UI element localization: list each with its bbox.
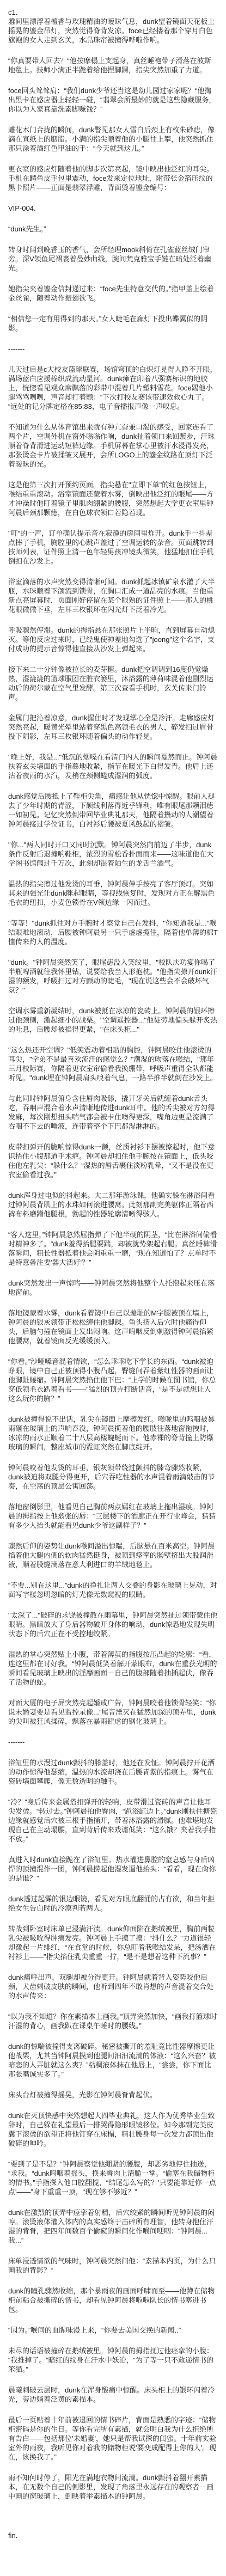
story-paragraph: 钟阿晨咬着他发烫的耳垂，银灰领带绕过颤抖的膝弯骤然收紧，dunk被迫将双腿分得更…: [8, 1463, 218, 1491]
story-paragraph: 对面大厦的电子屏突然亮起婚戒广告，钟阿晨咬着他锁骨轻笑：“你说未婚妻要是看见监控…: [8, 1698, 218, 1726]
story-paragraph: "这么热还开空调？"低笑震动着相贴的胸腔，钟阿晨咬住他滚烫的耳尖，"学弟不是最喜…: [8, 1045, 218, 1082]
story-paragraph: 湿热的掌心突然贴上小腹，带着薄茧的指腹按压凸起的轮廓：“看，连这里都在讨好我。“…: [8, 1650, 218, 1687]
story-paragraph: 落地窗倒影里，他看见自己胸前两点嫣红在玻璃上拖出湿痕。钟阿晨的拇指按上他翕张的唇…: [8, 1502, 218, 1530]
story-paragraph: 几天过后是c大校友篮球联赛，场馆穹顶的白炽灯晃得人睁不开眼，满场蓝白应援棒织成流…: [8, 365, 218, 411]
story-paragraph: 不知道为什么从体育馆出来就有种亢奋兼口渴的感受，回家连看了两个片，空调外机在窗外…: [8, 423, 218, 469]
story-paragraph: dunk的瞳孔骤然收缩，那个暴雨夜的画面呼啸而至——他蹲在储物柜前粘合被撕碎的情…: [8, 2286, 218, 2314]
story-paragraph: 转战到卧室时床单已浸满汗渍。dunk仰面陷在鹅绒被里，胸前两粒乳尖被吸吮得肿痛发…: [8, 1924, 218, 1961]
story-paragraph: dunk被撞得说不出话，乳尖在镜面上摩擦发红。喉咙里的呜咽被暴雨砸在玻璃上的声响…: [8, 1415, 218, 1452]
story-paragraph: 真进入时dunk直接跪在了浴缸里。热水灌进鼻腔的窒息感与身后凶悍的顶撞混作一团，…: [8, 1855, 218, 1883]
story-paragraph: "你..."两人同时开口又同时沉默。钟阿晨突然向前迈了半步，dunk条件反射后退…: [8, 840, 218, 868]
story-paragraph: c1. 雅间里漂浮着檀香与玫瑰精油的暧昧气息，dunk望着镜面天花板上摇晃的鎏金…: [8, 8, 218, 45]
reader-page: c1. 雅间里漂浮着檀香与玫瑰精油的暧昧气息，dunk望着镜面天花板上摇晃的鎏金…: [0, 0, 226, 2576]
story-paragraph: 最后一页贴着十年前被退回的情书碎片，背面是熟悉的字迹：“储物柜密码是你的生日。等…: [8, 2415, 218, 2462]
story-paragraph: “冷？“身后传来金属搭扣弹开的轻响，皮带滑过瓷砖的声音让他耳尖发烫。“转过去。”…: [8, 1797, 218, 1844]
section-divider: -------: [8, 1737, 218, 1747]
story-paragraph: dunk突然发出一声惊喘——钟阿晨突然将他整个人托抱起来压在落地窗前。: [8, 1278, 218, 1297]
story-paragraph: dunk在灭顶快感中突然想起大四毕业典礼，这人作为优秀毕业生致辞时，自己躲在礼堂…: [8, 2111, 218, 2148]
story-paragraph: VIP-004.: [8, 204, 218, 213]
story-paragraph: "晚上好，我是..."低沉的烟嗓在看清门内人的瞬间戛然而止。钟阿晨扶着玄关墙面的…: [8, 752, 218, 780]
story-paragraph: 与此同时钟阿晨俯身含住唇肉吸舔，撬开牙关后就缠着dunk舌头吃，吞咽声混合着水声…: [8, 1094, 218, 1131]
story-paragraph: “你看。”沙哑嗓音混着情欲，“怎么乖乖吃下学长的东西。“dunk被迫睁眼，镜中自…: [8, 1357, 218, 1403]
story-paragraph: fin.: [8, 2512, 218, 2540]
story-paragraph: 金属门把沁着凉意，dunk握住时才发现掌心全是冷汗。走廊感应灯突然亮起，暖黄光晕…: [8, 713, 218, 741]
story-paragraph: 雕花木门合拢的瞬间，dunk瞥见那女人雪白后颈上有枚朱砂痣，像滴在宣纸上的胭脂。…: [8, 125, 218, 153]
story-paragraph: “相信您一定有用得到的那天。”女人睫毛在廊灯下投出蝶翼似的阴影。: [8, 314, 218, 333]
story-paragraph: dunk的惊喘被撞得支离破碎。秘密被撕开的羞耻竟比性器摩擦更让他战栗，尤其当钟阿…: [8, 2042, 218, 2079]
story-paragraph: "dunk。"钟阿晨突然笑了，眼尾痣没入笑纹里，"校队庆功宴你喝了半瓶啤酒就往我…: [8, 958, 218, 995]
story-paragraph: dunk透过起雾的银边眼镜，看见对方眼底翻涌的占有欲，和当年拒绝女生告白时的冷漠…: [8, 1894, 218, 1913]
story-paragraph: 呼吸骤然停滞。dunk的拇指悬在那张照片上半晌，直到屏幕自动熄灭。等他反应过来时…: [8, 626, 218, 653]
story-paragraph: 晨曦刺破云层时，dunk在浑身酸痛中惊醒。床头柜上的银环闪着冷光，旁边躺着泛黄的…: [8, 2385, 218, 2404]
story-text: c1. 雅间里漂浮着檀香与玫瑰精油的暧昧气息，dunk望着镜面天花板上摇晃的鎏金…: [8, 8, 218, 2540]
story-paragraph: 她指尖夹着鎏金信封递过来：“foce先生特意交代的。”指甲盖上绘着金丝雀，随着动…: [8, 284, 218, 303]
story-paragraph: 雨不知何时停了，阳光在满地衣物间流淌。dunk颤抖着翻开素描本，在无数个自己的侧…: [8, 2473, 218, 2501]
story-paragraph: dunk浑身过电似的抖起来。大二那年游泳课，他确实躲在淋浴间看过钟阿晨背肌上的水…: [8, 1191, 218, 1219]
story-paragraph: dunk感觉后腰抵上了鞋柜尖角，痛感让他从恍惚中惊醒。眼前人褪去了少年时期的青涩…: [8, 792, 218, 829]
story-paragraph: dunk痛呼出声，双腿却被分得更开。钟阿晨就着背入姿势咬他后颈，犬齿刺破皮肤的瞬…: [8, 1973, 218, 2000]
story-paragraph: “以为我不知道？你在素描本上画我。”顶弄突然加快，“画我打篮球时汗湿的背心，画我…: [8, 2012, 218, 2030]
story-paragraph: 温热的指尖擦过他发烫的耳垂，钟阿晨伸手按亮了客厅顶灯。突如其来的强光让dunk眯…: [8, 879, 218, 907]
story-paragraph: “客人这里，”钟阿晨忽然屈指弹了下他半硬的阴茎，“比在淋浴间偷看时精神多了。“d…: [8, 1230, 218, 1267]
story-paragraph: "叮"的一声，订单确认提示音在寂静的房间里炸开。dunk手一抖差点摔了手机，胸腔…: [8, 529, 218, 566]
story-paragraph: 这是他第三次打开预约页面。指尖悬在"立即下单"的红色按钮上，喉结重重滚动。浴室镜…: [8, 480, 218, 517]
story-paragraph: “dunk先生。”: [8, 224, 218, 234]
story-paragraph: 未尽的话语被撞碎在鹅绒被里。钟阿晨的拇指抚过他痉挛的小腹：“我推掉了。“暗红的纹…: [8, 2346, 218, 2374]
story-paragraph: 床头台灯被撞得摇晃，光影在钟阿晨脊背起伏。: [8, 2090, 218, 2100]
story-paragraph: "等等！"dunk抓住对方手腕时才察觉自己在发抖，"你知道我是..."喉结艰难地…: [8, 919, 218, 946]
story-paragraph: 皮带扣弹开的脆响惊得dunk一颤，丝质衬衫下摆被撩起时，他下意识捂住小腹那道手术…: [8, 1142, 218, 1179]
story-paragraph: 床单浸透情欲的气味时，钟阿晨突然问他：“素描本内页，为什么只画我的背影？“: [8, 2256, 218, 2275]
story-paragraph: 浴室滴落的水声突然变得清晰可闻。dunk抓起冰镇矿泉水灌了大半瓶，水珠顺着下颌流…: [8, 577, 218, 614]
story-paragraph: 接下来二十分钟像被拉长的麦芽糖。dunk把空调调到16度仍觉燥热，湿漉漉的篮球服…: [8, 665, 218, 702]
story-paragraph: 浴缸里的水漫过dunk颤抖的膝盖时，他还在发怔。钟阿晨拧开花洒的动作惊得他瑟缩，…: [8, 1758, 218, 1786]
story-paragraph: “因为。”喉间的血腥味漫上来，“你要去美国交换的新闻..”: [8, 2326, 218, 2335]
story-paragraph: “要到了是不是？“钟阿晨察觉他绷紧的腰腹，却恶劣地停住抽送，“求我。“dunk呜…: [8, 2159, 218, 2196]
story-paragraph: “你真要带人回去？“他按摩榻上支起身，真丝睡袍带子滑落在波斯地毯上。技师小满正半…: [8, 56, 218, 75]
section-divider: -------: [8, 344, 218, 353]
story-paragraph: 转身时闻到晚香玉的香气，会所经理mook斜倚在孔雀蓝丝绒门帘旁。深V领鱼尾裙裹着…: [8, 245, 218, 273]
story-paragraph: 骤然后仰的姿势让dunk喉间溢出惊喘，后脑悬在百米高空。钟阿晨掐着他大腿内侧的软…: [8, 1541, 218, 1569]
story-paragraph: "太深了..."破碎的求饶被撞散在雨幕里，钟阿晨突然扯过领带蒙住他眼睛。黑暗放大…: [8, 1611, 218, 1638]
story-paragraph: 落地镜蒙着水雾，dunk看着镜中自己以羞耻的M字腿被顶在墙上，钟阿晨的银灰领带正…: [8, 1308, 218, 1345]
story-paragraph: 更衣室的感应灯随着他的脚步次第亮起，镜中映出他泛红的耳尖。手机在鳄鱼皮手包里震动…: [8, 164, 218, 192]
story-paragraph: dunk在激烈的顶弄中痉挛着射精，后穴绞紧的瞬间听见钟阿晨的闷哼。滚烫液体灌入体…: [8, 2208, 218, 2245]
story-paragraph: foce回头耸耸肩：“我们dunk少爷还当这是幼儿园过家家呢？“他掏出黑卡在感应…: [8, 86, 218, 114]
story-paragraph: “不要...别在这里...”dunk的挣扎让两人交叠的身影在玻璃上晃动，对面写字…: [8, 1581, 218, 1599]
story-paragraph: 空调水雾重新凝结时，dunk被抵在冰凉的瓷砖上。钟阿晨的银环擦过他颈侧，激起细小…: [8, 1006, 218, 1034]
